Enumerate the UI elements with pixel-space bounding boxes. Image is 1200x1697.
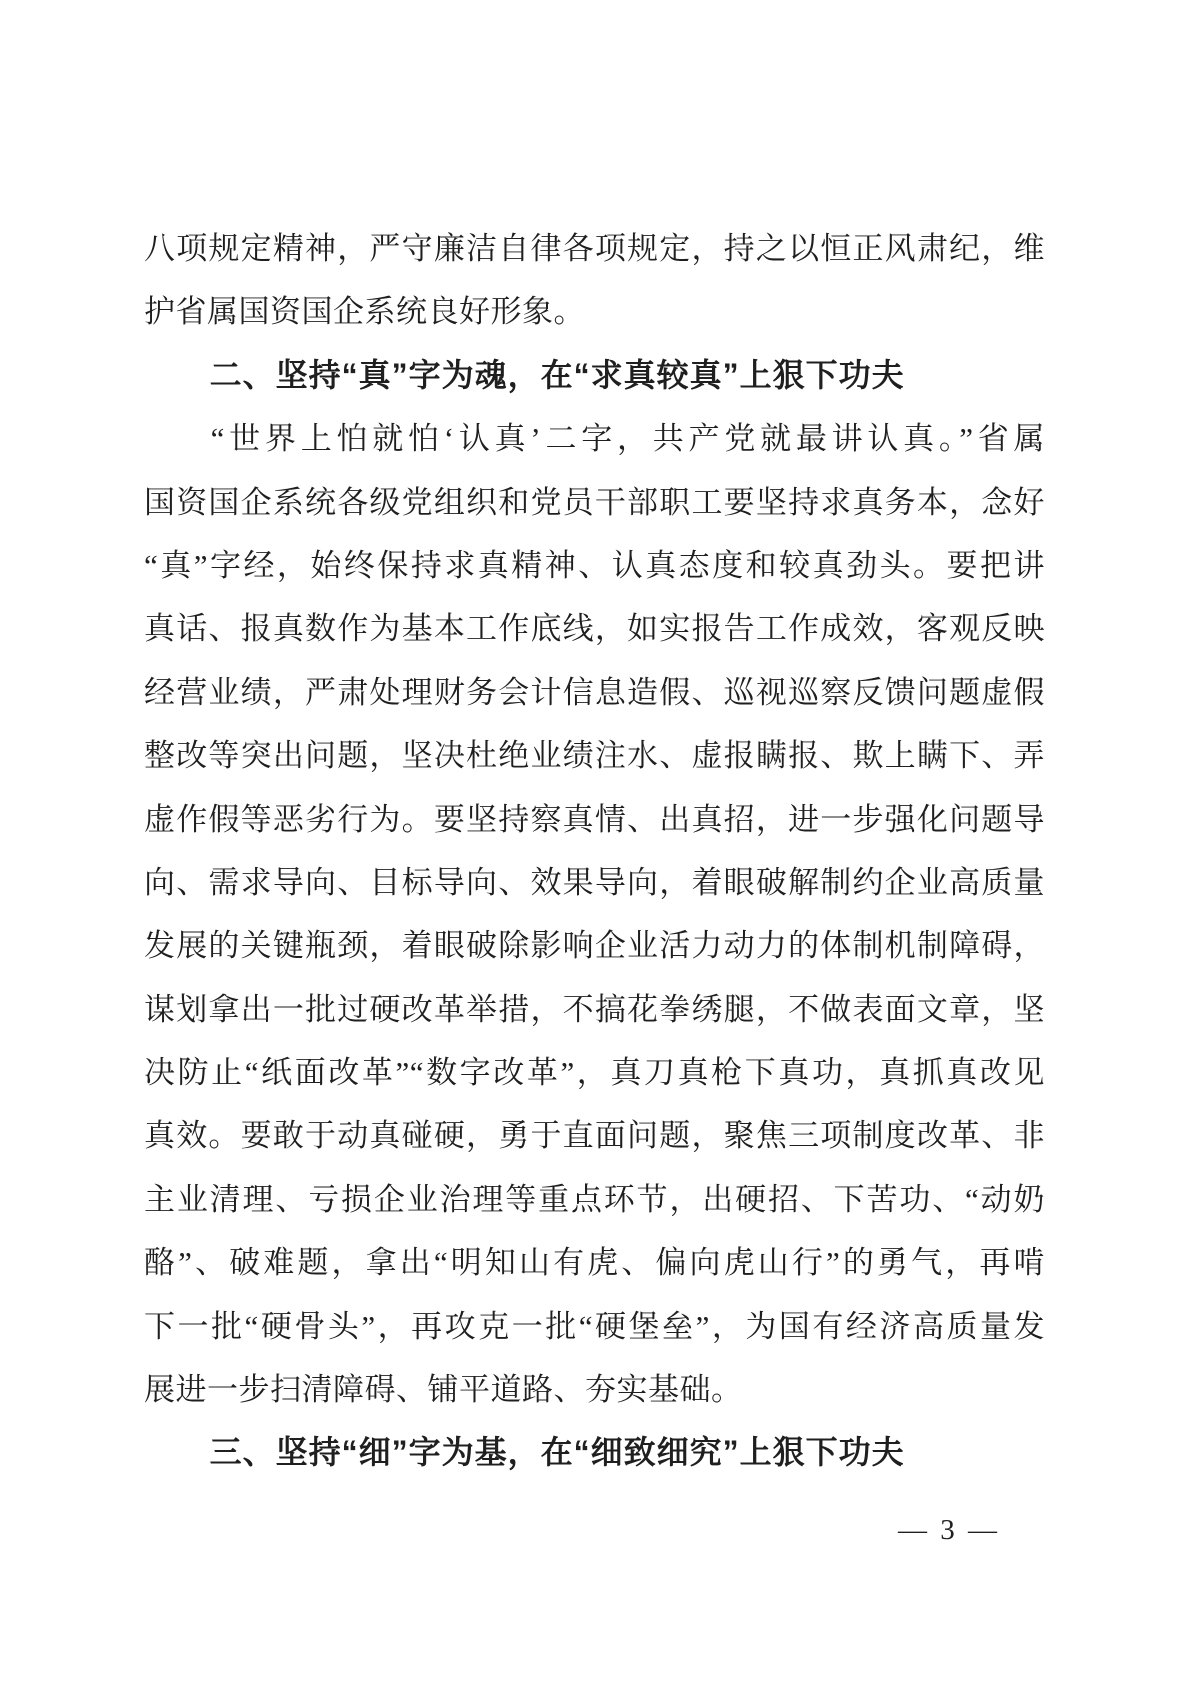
page-number: — 3 — xyxy=(898,1510,1000,1550)
body-line: 虚作假等恶劣行为。要坚持察真情、出真招，进一步强化问题导 xyxy=(144,788,1045,851)
body-line: 真话、报真数作为基本工作底线，如实报告工作成效，客观反映 xyxy=(144,597,1045,660)
body-line: 主业清理、亏损企业治理等重点环节，出硬招、下苦功、“动奶 xyxy=(144,1168,1045,1231)
body-line: 国资国企系统各级党组织和党员干部职工要坚持求真务本，念好 xyxy=(144,471,1045,534)
body-line: 经营业绩，严肃处理财务会计信息造假、巡视巡察反馈问题虚假 xyxy=(144,661,1045,724)
document-body: 八项规定精神，严守廉洁自律各项规定，持之以恒正风肃纪，维 护省属国资国企系统良好… xyxy=(144,217,1045,1485)
section-heading-2: 二、坚持“真”字为魂，在“求真较真”上狠下功夫 xyxy=(144,344,1045,407)
body-line: 护省属国资国企系统良好形象。 xyxy=(144,280,1045,343)
body-line: 展进一步扫清障碍、铺平道路、夯实基础。 xyxy=(144,1358,1045,1421)
body-line: 整改等突出问题，坚决杜绝业绩注水、虚报瞒报、欺上瞒下、弄 xyxy=(144,724,1045,787)
body-line: 酪”、破难题，拿出“明知山有虎、偏向虎山行”的勇气，再啃 xyxy=(144,1231,1045,1294)
document-page: 八项规定精神，严守廉洁自律各项规定，持之以恒正风肃纪，维 护省属国资国企系统良好… xyxy=(0,0,1200,1697)
body-line: 发展的关键瓶颈，着眼破除影响企业活力动力的体制机制障碍， xyxy=(144,914,1045,977)
paragraph-first-line: “世界上怕就怕‘认真’二字，共产党就最讲认真。”省属 xyxy=(144,407,1045,470)
body-line: 下一批“硬骨头”，再攻克一批“硬堡垒”，为国有经济高质量发 xyxy=(144,1295,1045,1358)
body-line: 决防止“纸面改革”“数字改革”，真刀真枪下真功，真抓真改见 xyxy=(144,1041,1045,1104)
section-heading-3: 三、坚持“细”字为基，在“细致细究”上狠下功夫 xyxy=(144,1421,1045,1484)
body-line: 谋划拿出一批过硬改革举措，不搞花拳绣腿，不做表面文章，坚 xyxy=(144,978,1045,1041)
body-line: 八项规定精神，严守廉洁自律各项规定，持之以恒正风肃纪，维 xyxy=(144,217,1045,280)
body-line: “真”字经，始终保持求真精神、认真态度和较真劲头。要把讲 xyxy=(144,534,1045,597)
body-line: 向、需求导向、目标导向、效果导向，着眼破解制约企业高质量 xyxy=(144,851,1045,914)
body-line: 真效。要敢于动真碰硬，勇于直面问题，聚焦三项制度改革、非 xyxy=(144,1104,1045,1167)
